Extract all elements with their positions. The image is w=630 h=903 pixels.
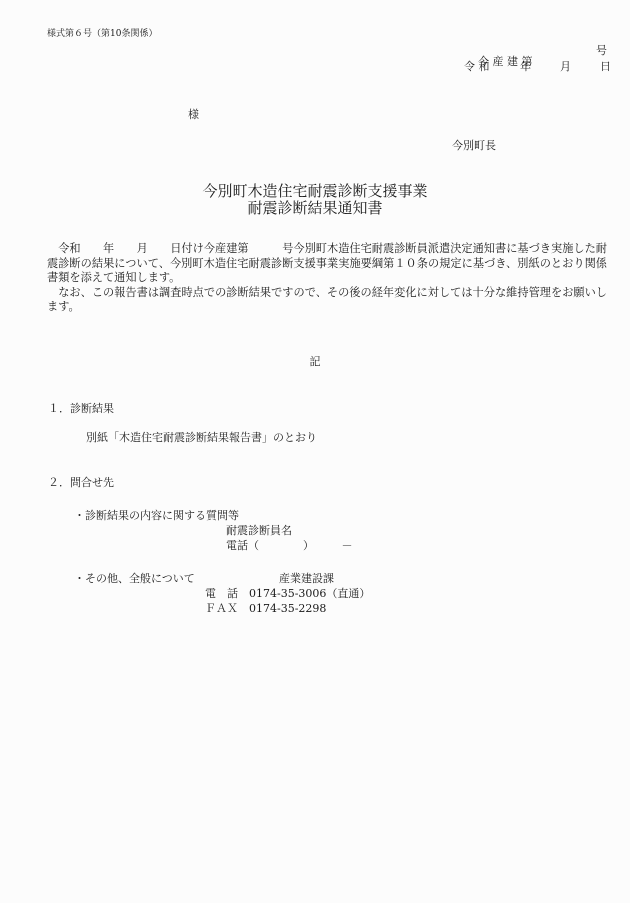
department-fax: ＦＡＸ 0174-35-2298 xyxy=(205,603,326,614)
body-paragraph-2: なお、この報告書は調査時点での診断結果ですので、その後の経年変化に対しては十分な… xyxy=(47,286,607,315)
ki-marker: 記 xyxy=(0,356,630,367)
form-label: 様式第６号（第10条関係） xyxy=(47,30,157,39)
date-era: 令 和 xyxy=(464,61,490,72)
department-name: 産業建設課 xyxy=(279,573,334,584)
contact-item-2-label: ・その他、全般について xyxy=(74,573,195,584)
section-1-heading: １．診断結果 xyxy=(48,403,114,414)
section-1-content: 別紙「木造住宅耐震診断結果報告書」のとおり xyxy=(86,432,317,443)
body-paragraph-1: 令和 年 月 日付け今産建第 号今別町木造住宅耐震診断員派遣決定通知書に基づき実… xyxy=(47,242,607,286)
department-phone: 電 話 0174-35-3006（直通） xyxy=(205,588,370,599)
sender: 今別町長 xyxy=(452,140,496,151)
date-day: 日 xyxy=(600,61,611,72)
body-text: 令和 年 月 日付け今産建第 号今別町木造住宅耐震診断員派遣決定通知書に基づき実… xyxy=(47,242,607,315)
section-2-heading: ２．問合せ先 xyxy=(48,477,114,488)
diagnostician-phone-label: 電話（ ） － xyxy=(226,540,353,551)
addressee-suffix: 様 xyxy=(188,109,199,120)
date-year: 年 xyxy=(520,61,531,72)
document-date: 令 和 年 月 日 xyxy=(464,61,478,127)
contact-item-1-label: ・診断結果の内容に関する質問等 xyxy=(74,510,239,521)
title-line-2: 耐震診断結果通知書 xyxy=(0,200,630,217)
document-number-suffix: 号 xyxy=(596,45,607,56)
date-month: 月 xyxy=(560,61,571,72)
diagnostician-name-label: 耐震診断員名 xyxy=(226,525,292,536)
title-line-1: 今別町木造住宅耐震診断支援事業 xyxy=(0,183,630,200)
